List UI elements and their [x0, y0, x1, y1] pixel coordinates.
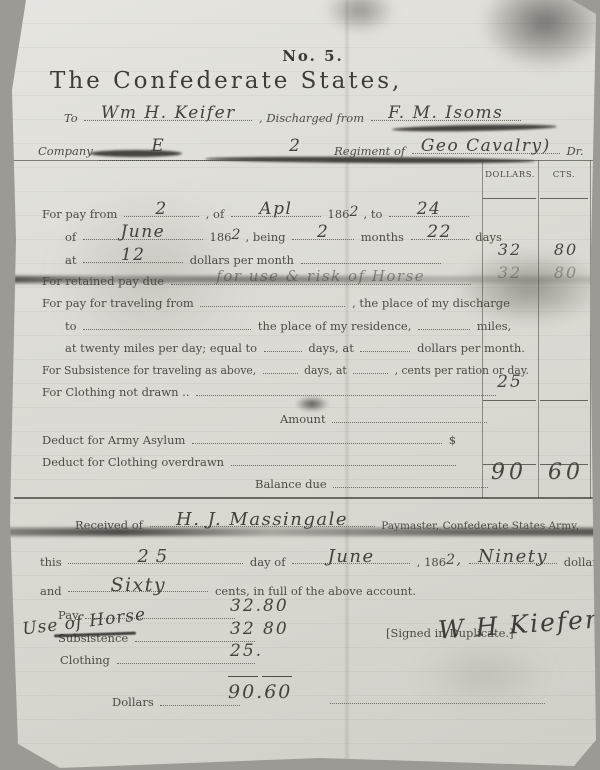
dotted-leader	[360, 338, 410, 352]
pay-period-line-1: For pay from 2 , of Apl 1862 , to 24	[42, 203, 472, 222]
at-label: at	[65, 253, 76, 267]
horizontal-rule-top	[14, 160, 594, 161]
subsistence-traveling-label: For Subsistence for traveling as above,	[42, 364, 256, 377]
miles-label: miles,	[477, 319, 512, 333]
dotted-leader	[353, 360, 388, 374]
ink-stain	[455, 250, 600, 325]
dotted-leader	[192, 430, 442, 444]
dollars-total-label: Dollars	[112, 695, 154, 709]
year-digit-handwriting: 2,	[446, 552, 462, 568]
received-of-label: Received of	[75, 518, 143, 532]
column-dash	[483, 198, 536, 199]
clothing-not-drawn-label: For Clothing not drawn ..	[42, 385, 190, 399]
horizontal-rule-middle	[14, 497, 594, 499]
retained-pay-blank: for use & risk of Horse	[171, 271, 471, 285]
pay-period-line-2: of June 1862 , being 2 months 22 days	[65, 226, 502, 245]
pay-value-handwriting: 32.80	[230, 596, 289, 616]
being-label: , being	[246, 230, 286, 244]
cents-words-handwriting: Sixty	[110, 574, 166, 596]
total-line: Dollars	[112, 692, 243, 709]
paper-stain	[420, 645, 550, 705]
document-title: The Confederate States,	[50, 68, 402, 94]
dotted-leader	[330, 702, 545, 704]
regiment-handwriting: Geo Cavalry)	[421, 136, 551, 156]
day-blank: 25	[68, 550, 243, 564]
paymaster-title-label: Paymaster, Confederate States Army,	[381, 520, 579, 532]
of-label: , of	[206, 207, 225, 221]
travel-pay-line-1: For pay for traveling from , the place o…	[42, 293, 510, 310]
dr-label: Dr.	[566, 144, 583, 158]
total-rule	[262, 676, 292, 677]
paymaster-handwriting: H. J. Massingale	[176, 509, 348, 530]
months-blank: 2	[292, 226, 354, 240]
months-handwriting: 2	[317, 222, 329, 242]
to-label: to	[65, 319, 77, 333]
subsistence-value-handwriting: 32 80	[230, 619, 289, 639]
balance-due-line: Balance due	[255, 474, 491, 491]
year-printed: , 186	[417, 555, 446, 569]
deduct-asylum-label: Deduct for Army Asylum	[42, 433, 185, 447]
rate-blank: 12	[83, 249, 183, 263]
retained-cents-amount: 80	[539, 263, 593, 282]
payee-blank: Wm H. Keifer	[84, 107, 252, 121]
dotted-leader	[196, 382, 496, 396]
ink-stain	[325, 0, 395, 33]
place-of-residence-label: the place of my residence,	[258, 319, 412, 333]
clothing-summary-line: Clothing	[60, 650, 258, 667]
retained-pay-line: For retained pay due for use & risk of H…	[42, 271, 474, 288]
column-dash	[483, 400, 536, 401]
year-printed: 186	[328, 207, 350, 221]
pay-rate-line: at 12 dollars per month	[65, 249, 444, 267]
total-value-handwriting: 90.60	[228, 681, 292, 703]
dollars-column-header: DOLLARS.	[482, 170, 538, 180]
dollars-label: dollars	[564, 555, 600, 569]
to-label: , to	[364, 207, 383, 221]
day-to-handwriting: 24	[417, 199, 442, 219]
dotted-leader	[418, 316, 470, 330]
travel-pay-line-2: to the place of my residence, miles,	[65, 316, 511, 333]
received-line: Received of H. J. Massingale Paymaster, …	[75, 513, 579, 532]
dollars-per-month-label: dollars per month	[190, 253, 294, 267]
dollars-words-blank: Ninety	[469, 550, 557, 564]
days-handwriting: 22	[427, 222, 452, 242]
cents-column-rule	[538, 160, 539, 498]
ink-stain	[480, 0, 600, 70]
day-handwriting: 25	[137, 546, 174, 567]
regiment-of-label: Regiment of	[334, 144, 405, 158]
days-blank: 22	[411, 226, 469, 240]
this-label: this	[40, 555, 62, 569]
dollars-per-month-label: dollars per month.	[417, 341, 525, 355]
discharged-from-label: , Discharged from	[259, 111, 364, 125]
day-from-blank: 2	[124, 203, 199, 217]
traveling-from-label: For pay for traveling from	[42, 296, 194, 310]
dotted-leader	[264, 338, 302, 352]
paper-sheet: No. 5. The Confederate States, To Wm H. …	[0, 0, 600, 770]
form-number: No. 5.	[258, 47, 368, 65]
clothing-dollars-amount: 25	[483, 372, 537, 392]
dotted-leader	[231, 452, 456, 466]
dotted-leader	[263, 360, 298, 374]
company-line: Company E 2 Regiment of Geo Cavalry) Dr.	[38, 140, 584, 161]
paymaster-blank: H. J. Massingale	[150, 513, 375, 527]
retained-dollars-amount: 32	[483, 263, 537, 282]
year-printed: 186	[210, 230, 232, 244]
days-at-label: days, at	[304, 364, 347, 377]
payee-line: To Wm H. Keifer , Discharged from F. M. …	[64, 107, 524, 125]
month-from-blank: Apl	[231, 203, 321, 217]
column-dash	[540, 198, 588, 199]
company-handwriting: E	[151, 136, 165, 156]
month-to-blank: June	[83, 226, 203, 240]
month-from-handwriting: Apl	[259, 199, 292, 219]
day-from-handwriting: 2	[155, 199, 167, 219]
regiment-number-handwriting: 2	[289, 136, 301, 156]
cents-words-line: and Sixty cents, in full of the above ac…	[40, 578, 416, 598]
balance-cents-amount: 60	[539, 460, 593, 485]
cents-words-blank: Sixty	[68, 578, 208, 592]
dotted-leader	[333, 474, 488, 488]
travel-pay-line-3: at twenty miles per day; equal to days, …	[65, 338, 525, 355]
clothing-label: Clothing	[60, 653, 110, 667]
column-dash	[540, 400, 588, 401]
day-of-label: day of	[250, 555, 286, 569]
dotted-leader	[301, 250, 441, 264]
scanned-document: No. 5. The Confederate States, To Wm H. …	[0, 0, 600, 770]
company-label: Company	[38, 144, 93, 158]
dotted-leader	[200, 293, 345, 307]
balance-due-label: Balance due	[255, 477, 327, 491]
deduct-clothing-line: Deduct for Clothing overdrawn	[42, 452, 459, 469]
regiment-blank: Geo Cavalry)	[412, 140, 560, 154]
day-to-blank: 24	[389, 203, 469, 217]
twenty-miles-label: at twenty miles per day; equal to	[65, 341, 257, 355]
months-label: months	[361, 230, 404, 244]
discharged-blank: F. M. Isoms	[371, 107, 521, 121]
for-pay-from-label: For pay from	[42, 207, 117, 221]
of-label: of	[65, 230, 76, 244]
rate-handwriting: 12	[121, 245, 146, 265]
signature-handwriting: W H Kiefer	[437, 604, 599, 644]
year-digit-handwriting: 2	[231, 227, 241, 243]
year-digit-handwriting: 2	[349, 204, 359, 220]
amount-label: Amount	[280, 412, 326, 426]
dotted-leader	[83, 316, 251, 330]
days-at-label: days, at	[308, 341, 353, 355]
month-blank: June	[292, 550, 410, 564]
balance-dollars-amount: 90	[482, 460, 536, 485]
place-of-discharge-label: , the place of my discharge	[352, 296, 510, 310]
payee-name-handwriting: Wm H. Keifer	[101, 103, 236, 123]
right-column-rule	[590, 160, 591, 498]
retained-pay-label: For retained pay due	[42, 274, 164, 288]
discharged-from-handwriting: F. M. Isoms	[388, 103, 503, 123]
amount-line: Amount	[280, 409, 490, 426]
deduct-asylum-line: Deduct for Army Asylum $	[42, 430, 456, 447]
subsistence-line: For Subsistence for traveling as above, …	[42, 360, 529, 377]
retained-pay-handwriting: for use & risk of Horse	[216, 267, 425, 285]
pay-cents-amount: 80	[539, 240, 593, 259]
clothing-line: For Clothing not drawn ..	[42, 382, 499, 399]
dollars-words-handwriting: Ninety	[478, 546, 548, 567]
month-to-handwriting: June	[120, 222, 165, 242]
total-rule	[228, 676, 258, 677]
deduct-clothing-label: Deduct for Clothing overdrawn	[42, 455, 224, 469]
dotted-leader	[332, 409, 487, 423]
clothing-value-handwriting: 25.	[230, 641, 263, 661]
and-label: and	[40, 584, 62, 598]
dollar-sign: $	[449, 433, 456, 447]
month-handwriting: June	[328, 546, 375, 567]
cents-column-header: CTS.	[538, 170, 590, 180]
pay-dollars-amount: 32	[483, 240, 537, 259]
date-amount-line: this 25 day of June , 1862, Ninety dolla…	[40, 550, 600, 570]
to-label: To	[64, 111, 78, 125]
